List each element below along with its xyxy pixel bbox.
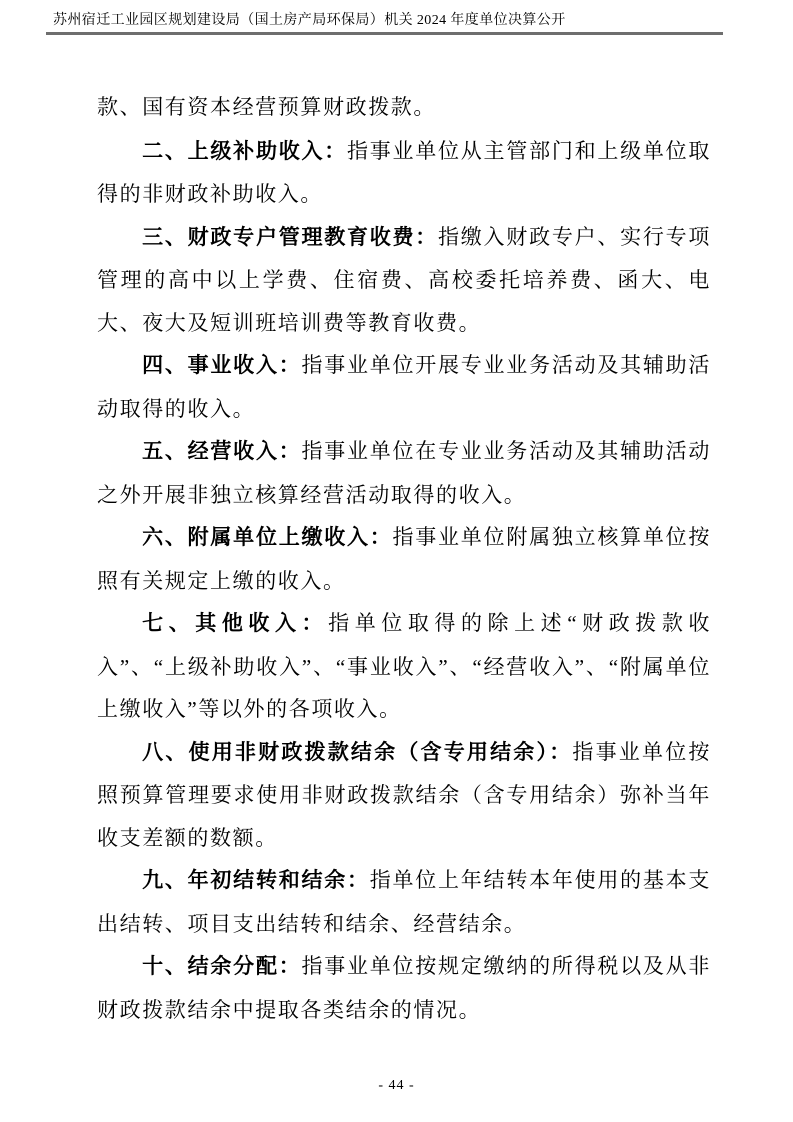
paragraph-lead: 五、经营收入： (142, 440, 301, 463)
paragraph: 九、年初结转和结余：指单位上年结转本年使用的基本支出结转、项目支出结转和结余、经… (97, 859, 711, 945)
header-title: 苏州宿迁工业园区规划建设局（国土房产局环保局）机关 2024 年度单位决算公开 (46, 12, 723, 29)
paragraph-lead: 六、附属单位上缴收入： (142, 526, 392, 549)
paragraph: 二、上级补助收入：指事业单位从主管部门和上级单位取得的非财政补助收入。 (97, 130, 711, 216)
paragraph: 八、使用非财政拨款结余（含专用结余）：指事业单位按照预算管理要求使用非财政拨款结… (97, 731, 711, 860)
paragraph: 七、其他收入：指单位取得的除上述“财政拨款收入”、“上级补助收入”、“事业收入”… (97, 602, 711, 731)
page-footer: - 44 - (0, 1078, 793, 1094)
paragraph-lead: 九、年初结转和结余： (142, 869, 370, 892)
document-page: 苏州宿迁工业园区规划建设局（国土房产局环保局）机关 2024 年度单位决算公开 … (0, 0, 793, 1122)
paragraph: 六、附属单位上缴收入：指事业单位附属独立核算单位按照有关规定上缴的收入。 (97, 516, 711, 602)
paragraph-lead: 三、财政专户管理教育收费： (142, 226, 438, 249)
paragraph-text: 款、国有资本经营预算财政拨款。 (97, 95, 436, 119)
paragraph: 三、财政专户管理教育收费：指缴入财政专户、实行专项管理的高中以上学费、住宿费、高… (97, 216, 711, 345)
paragraph-lead: 二、上级补助收入： (142, 140, 347, 163)
paragraph: 四、事业收入：指事业单位开展专业业务活动及其辅助活动取得的收入。 (97, 344, 711, 430)
paragraph-lead: 四、事业收入： (142, 354, 301, 377)
paragraph: 款、国有资本经营预算财政拨款。 (97, 86, 711, 130)
paragraph-lead: 七、其他收入： (142, 612, 328, 635)
page-number: - 44 - (378, 1078, 414, 1093)
paragraph: 十、结余分配：指事业单位按规定缴纳的所得税以及从非财政拨款结余中提取各类结余的情… (97, 945, 711, 1031)
paragraph: 五、经营收入：指事业单位在专业业务活动及其辅助活动之外开展非独立核算经营活动取得… (97, 430, 711, 516)
paragraph-lead: 十、结余分配： (142, 955, 301, 978)
paragraph-lead: 八、使用非财政拨款结余（含专用结余）： (142, 741, 572, 764)
document-body: 款、国有资本经营预算财政拨款。二、上级补助收入：指事业单位从主管部门和上级单位取… (97, 86, 711, 1031)
page-header: 苏州宿迁工业园区规划建设局（国土房产局环保局）机关 2024 年度单位决算公开 (46, 12, 723, 35)
